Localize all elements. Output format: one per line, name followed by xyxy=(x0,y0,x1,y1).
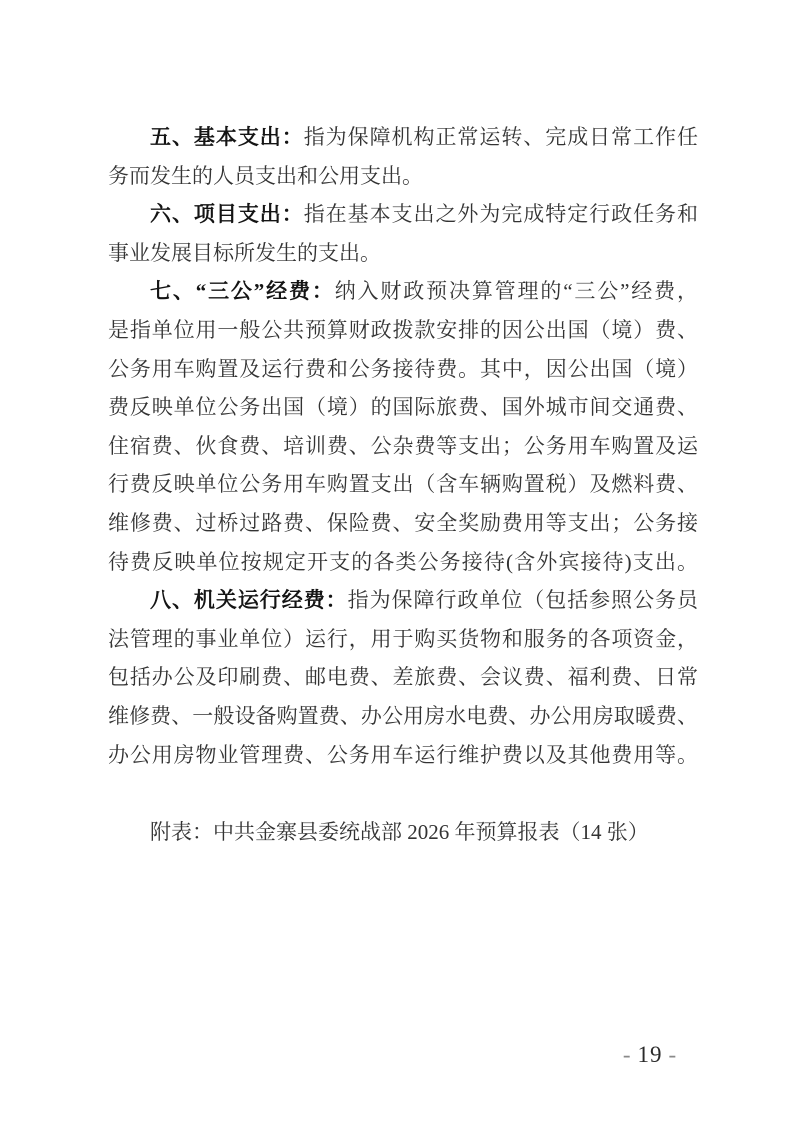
text-line: 法管理的事业单位）运行，用于购买货物和服务的各项资金， xyxy=(108,620,698,659)
paragraph-basic-expenditure: 五、基本支出：指为保障机构正常运转、完成日常工作任务而发生的人员支出和公用支出。 xyxy=(108,118,698,195)
text-line: 办公用房物业管理费、公务用车运行维护费以及其他费用等。 xyxy=(108,736,698,775)
document-body: 五、基本支出：指为保障机构正常运转、完成日常工作任务而发生的人员支出和公用支出。… xyxy=(108,118,698,851)
text-line: 七、“三公”经费：纳入财政预决算管理的“三公”经费， xyxy=(108,272,698,311)
text-line: 务而发生的人员支出和公用支出。 xyxy=(108,157,698,196)
text-line: 维修费、一般设备购置费、办公用房水电费、办公用房取暖费、 xyxy=(108,697,698,736)
text-line: 事业发展目标所发生的支出。 xyxy=(108,234,698,273)
page-number-left-dash: - xyxy=(617,1042,638,1067)
section-heading: 五、基本支出： xyxy=(150,125,304,149)
text-line: 六、项目支出：指在基本支出之外为完成特定行政任务和 xyxy=(108,195,698,234)
text-line: 维修费、过桥过路费、保险费、安全奖励费用等支出；公务接 xyxy=(108,504,698,543)
document-page: 五、基本支出：指为保障机构正常运转、完成日常工作任务而发生的人员支出和公用支出。… xyxy=(0,0,793,1122)
page-number: -19- xyxy=(600,1040,700,1070)
text-line: 住宿费、伙食费、培训费、公杂费等支出；公务用车购置及运 xyxy=(108,427,698,466)
section-heading: 七、“三公”经费： xyxy=(150,279,335,303)
section-heading: 六、项目支出： xyxy=(150,202,304,226)
paragraphs-container: 五、基本支出：指为保障机构正常运转、完成日常工作任务而发生的人员支出和公用支出。… xyxy=(108,118,698,774)
text-line: 公务用车购置及运行费和公务接待费。其中，因公出国（境） xyxy=(108,350,698,389)
section-heading: 八、机关运行经费： xyxy=(150,588,348,612)
paragraph-three-public-funds: 七、“三公”经费：纳入财政预决算管理的“三公”经费，是指单位用一般公共预算财政拨… xyxy=(108,272,698,581)
page-number-value: 19 xyxy=(638,1042,663,1067)
text-line: 待费反映单位按规定开支的各类公务接待(含外宾接待)支出。 xyxy=(108,543,698,582)
attachment-note: 附表：中共金寨县委统战部 2026 年预算报表（14 张） xyxy=(108,813,698,852)
text-line: 包括办公及印刷费、邮电费、差旅费、会议费、福利费、日常 xyxy=(108,658,698,697)
text-line: 八、机关运行经费：指为保障行政单位（包括参照公务员 xyxy=(108,581,698,620)
page-number-right-dash: - xyxy=(663,1042,684,1067)
text-line: 是指单位用一般公共预算财政拨款安排的因公出国（境）费、 xyxy=(108,311,698,350)
paragraph-project-expenditure: 六、项目支出：指在基本支出之外为完成特定行政任务和事业发展目标所发生的支出。 xyxy=(108,195,698,272)
paragraph-agency-operating-funds: 八、机关运行经费：指为保障行政单位（包括参照公务员法管理的事业单位）运行，用于购… xyxy=(108,581,698,774)
text-line: 行费反映单位公务用车购置支出（含车辆购置税）及燃料费、 xyxy=(108,465,698,504)
text-line: 费反映单位公务出国（境）的国际旅费、国外城市间交通费、 xyxy=(108,388,698,427)
text-line: 五、基本支出：指为保障机构正常运转、完成日常工作任 xyxy=(108,118,698,157)
